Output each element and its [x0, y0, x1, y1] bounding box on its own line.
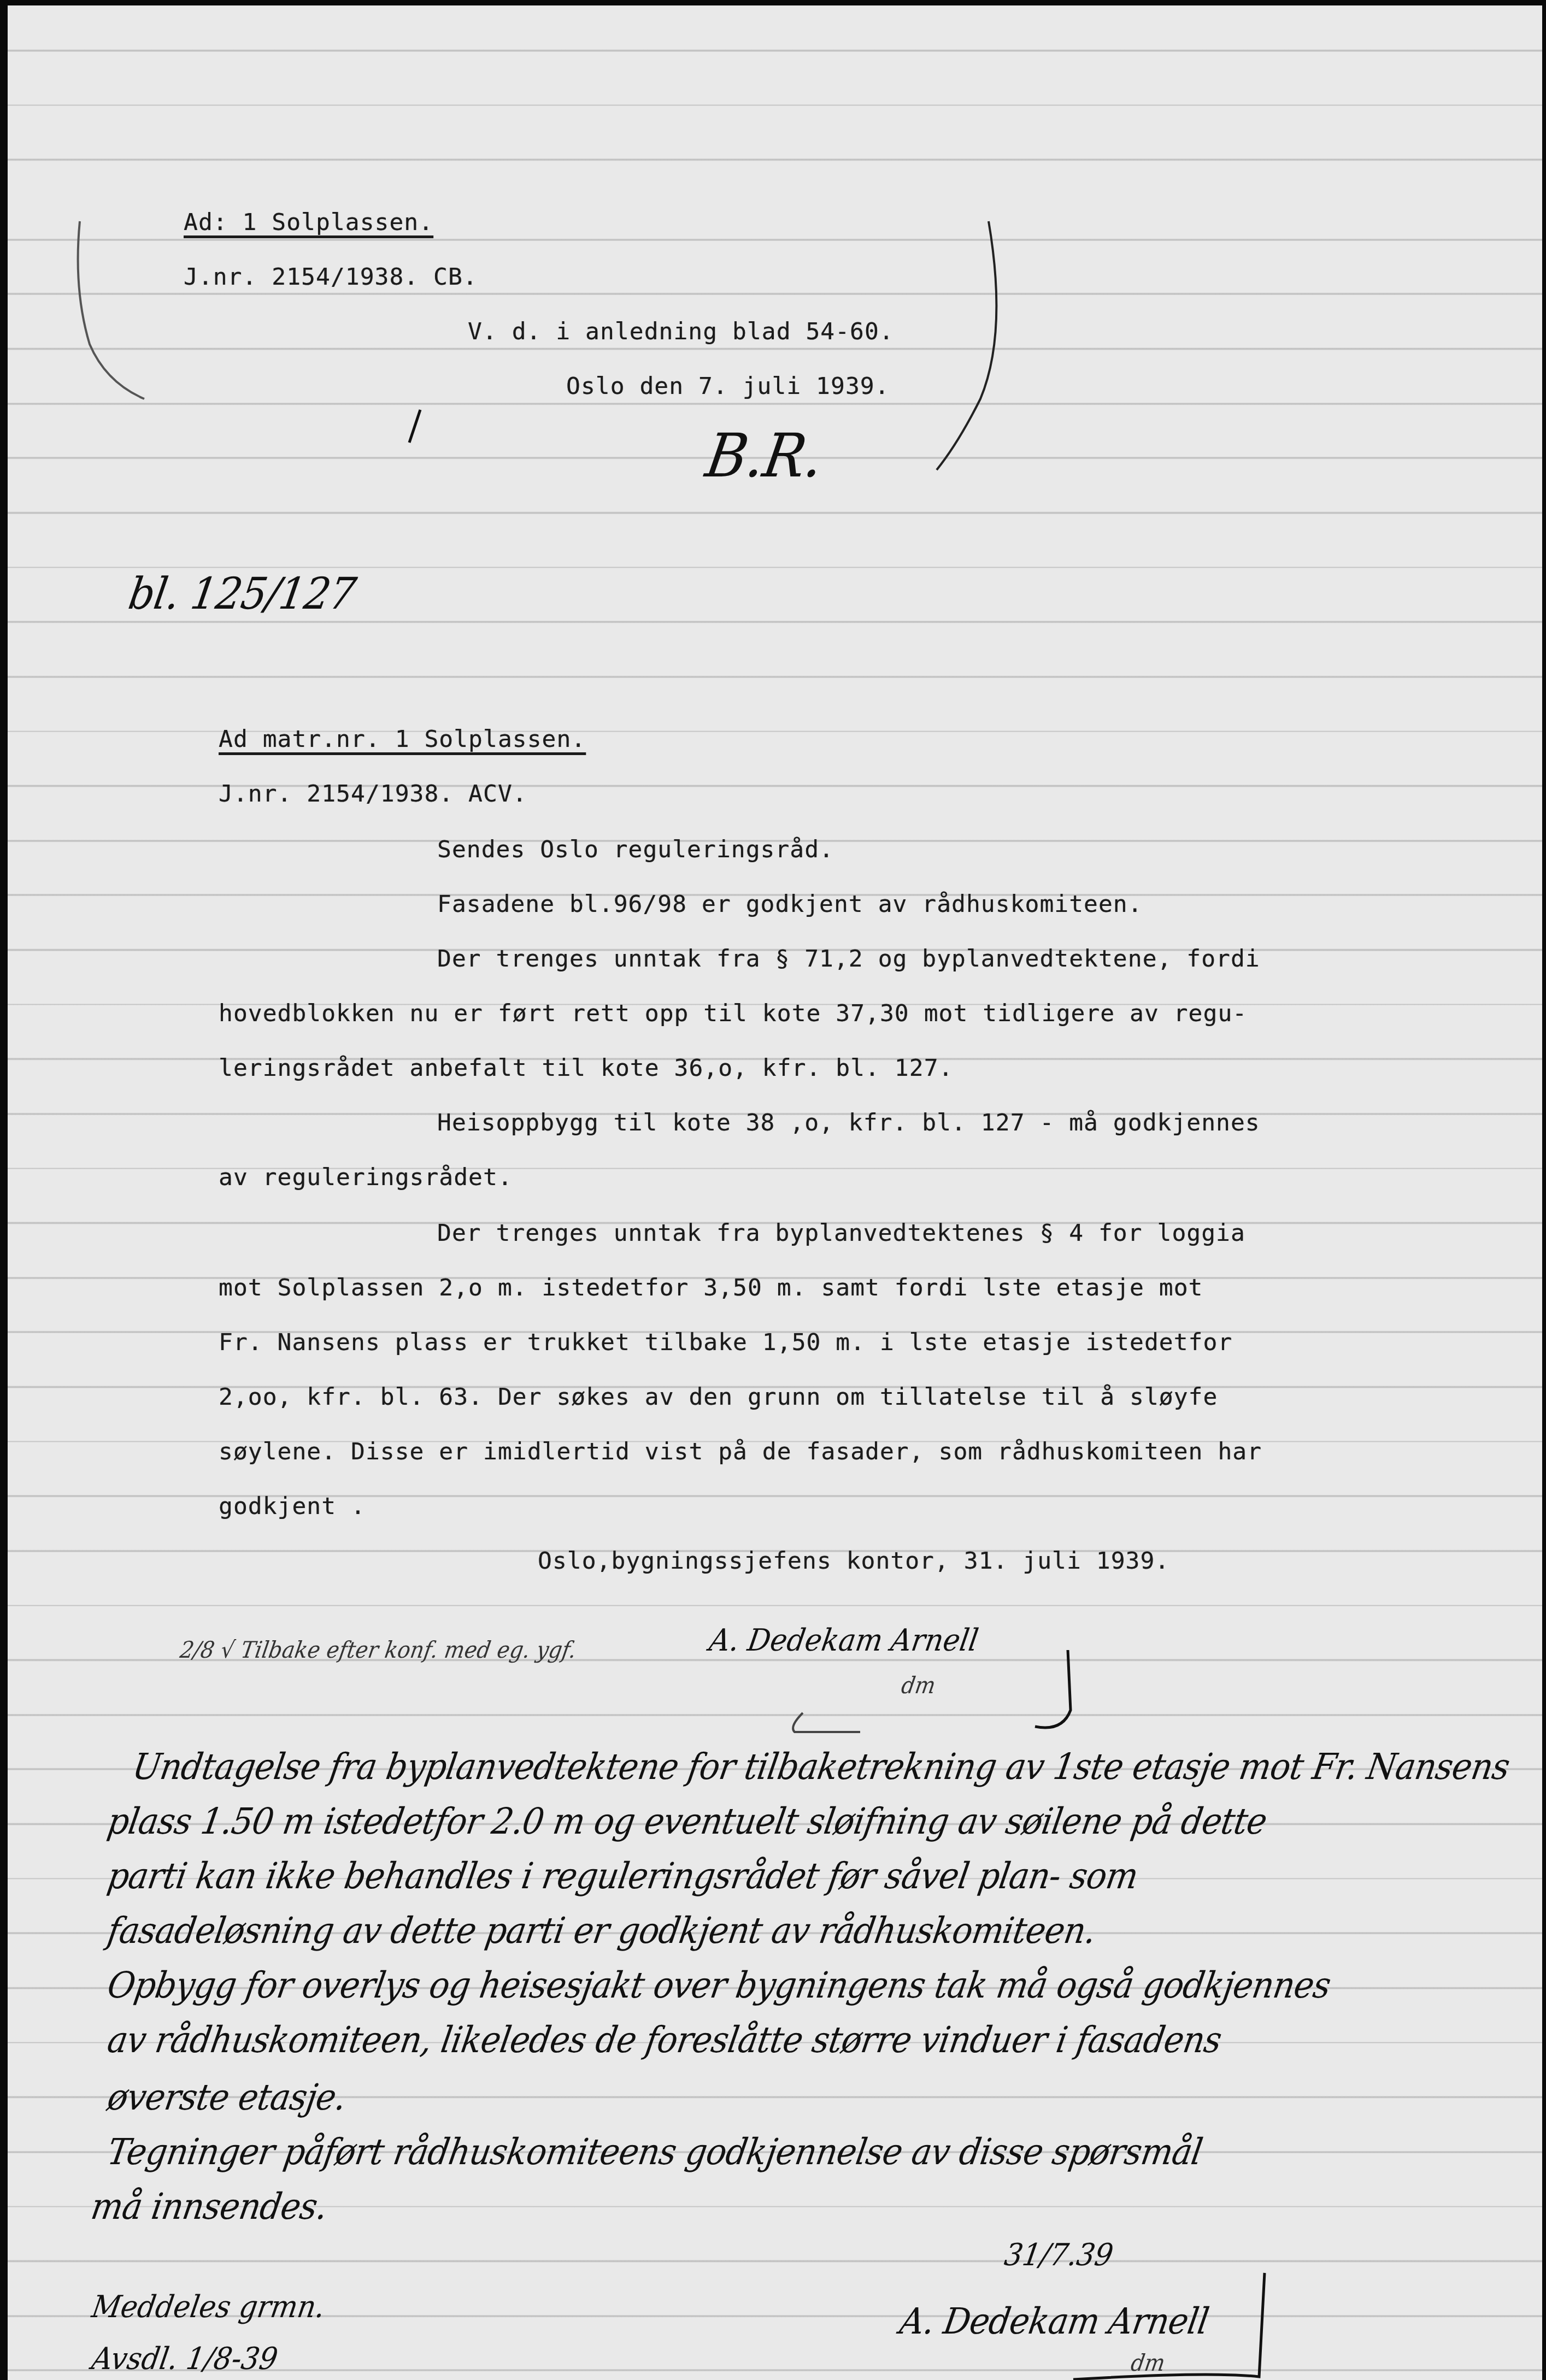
header-reference: V. d. i anledning blad 54-60. [468, 318, 894, 345]
footer-note-line2: Avsdl. 1/8-39 [89, 2341, 280, 2377]
memo-line: Der trenges unntak fra byplanvedtektenes… [437, 1220, 1245, 1247]
memo-line: Fasadene bl.96/98 er godkjent av rådhusk… [437, 891, 1143, 918]
memo-line: mot Solplassen 2,o m. istedetfor 3,50 m.… [219, 1274, 1203, 1301]
reply-line: Opbygg for overlys og heisesjakt over by… [105, 1964, 1334, 2006]
memo-line: Sendes Oslo reguleringsråd. [437, 836, 834, 863]
reply-date: 31/7.39 [1002, 2237, 1115, 2273]
signature-initials: dm [900, 1672, 937, 1699]
memo-signoff: Oslo,bygningssjefens kontor, 31. juli 19… [538, 1547, 1169, 1575]
reply-line: Tegninger påført rådhuskomiteens godkjen… [105, 2131, 1206, 2173]
signature: A. Dedekam Arnell [707, 1623, 980, 1658]
memo-subject: Ad matr.nr. 1 Solplassen. [219, 726, 586, 753]
memo-line: Der trenges unntak fra § 71,2 og byplanv… [437, 945, 1260, 973]
header-place-date: Oslo den 7. juli 1939. [566, 373, 890, 400]
document-page: Ad: 1 Solplassen. J.nr. 2154/1938. CB. V… [8, 5, 1542, 2380]
reply-line: av rådhuskomiteen, likeledes de foreslåt… [105, 2019, 1225, 2061]
memo-line: 2,oo, kfr. bl. 63. Der søkes av den grun… [219, 1383, 1218, 1411]
memo-line: av reguleringsrådet. [219, 1164, 513, 1191]
memo-line: leringsrådet anbefalt til kote 36,o, kfr… [219, 1054, 953, 1082]
reply-line: må innsendes. [89, 2185, 331, 2228]
header-initials: B.R. [701, 421, 828, 491]
memo-journal-number: J.nr. 2154/1938. ACV. [219, 780, 527, 808]
annotation-note: 2/8 √ Tilbake efter konf. med eg. ygf. [178, 1636, 578, 1663]
reply-signature: A. Dedekam Arnell [897, 2300, 1212, 2342]
reply-line: øverste etasje. [105, 2076, 349, 2118]
reply-line: plass 1.50 m istedetfor 2.0 m og eventue… [105, 1800, 1270, 1842]
memo-line: godkjent . [219, 1493, 366, 1520]
sheet-reference: bl. 125/127 [125, 568, 359, 619]
memo-line: hovedblokken nu er ført rett opp til kot… [219, 1000, 1247, 1027]
memo-line: Heisoppbygg til kote 38 ,o, kfr. bl. 127… [437, 1109, 1260, 1136]
header-subject: Ad: 1 Solplassen. [184, 209, 433, 236]
reply-line: Undtagelse fra byplanvedtektene for tilb… [130, 1746, 1513, 1788]
memo-line: søylene. Disse er imidlertid vist på de … [219, 1438, 1262, 1465]
memo-line: Fr. Nansens plass er trukket tilbake 1,5… [219, 1329, 1232, 1356]
reply-signature-initials: dm [1129, 2349, 1167, 2376]
header-journal-number: J.nr. 2154/1938. CB. [184, 263, 478, 291]
footer-note-line1: Meddeles grmn. [89, 2289, 327, 2325]
reply-line: parti kan ikke behandles i reguleringsrå… [105, 1855, 1141, 1897]
reply-line: fasadeløsning av dette parti er godkjent… [105, 1910, 1099, 1952]
